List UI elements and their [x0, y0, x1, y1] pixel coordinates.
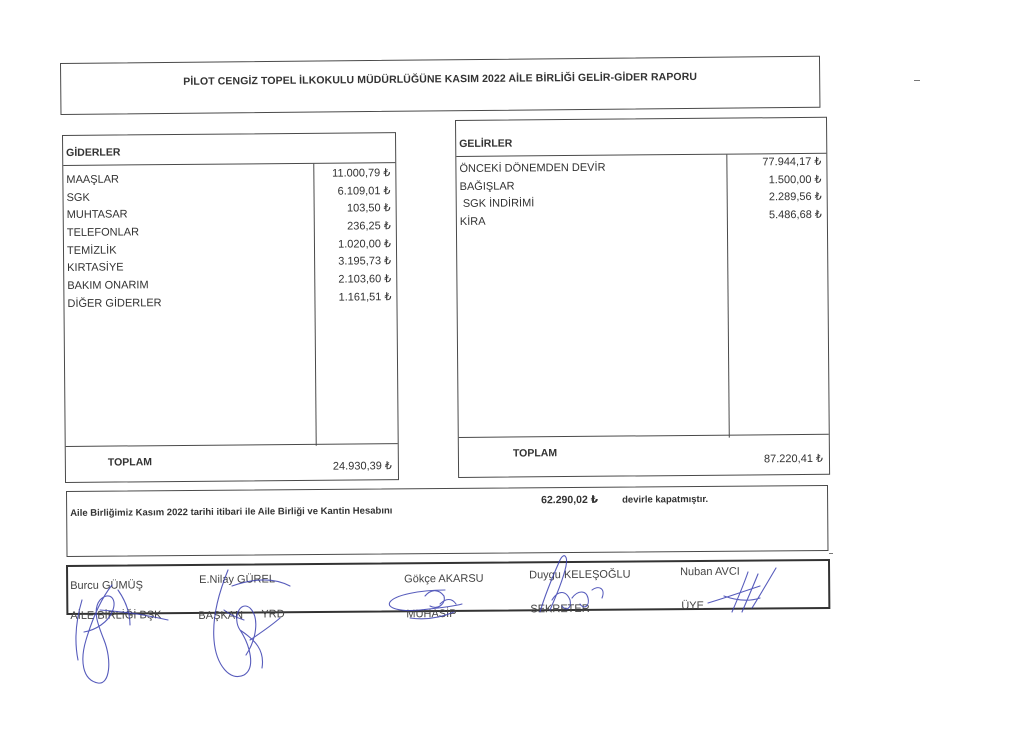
row-amount: 2.103,60 ₺	[338, 272, 391, 285]
row-label: MUHTASAR	[67, 209, 128, 222]
row-amount: 1.161,51 ₺	[338, 290, 391, 303]
scan-mark	[829, 553, 833, 554]
income-total-label: TOPLAM	[513, 447, 557, 459]
row-label: KIRTASİYE	[67, 262, 124, 274]
row-label: BAKIM ONARIM	[67, 279, 148, 292]
expenses-heading: GİDERLER	[66, 146, 120, 158]
signatory-name: Nuban AVCI	[680, 566, 740, 578]
row-label: ÖNCEKİ DÖNEMDEN DEVİR	[459, 162, 605, 175]
summary-tail: devirle kapatmıştır.	[622, 494, 708, 506]
row-amount: 11.000,79 ₺	[332, 166, 390, 180]
row-amount: 6.109,01 ₺	[338, 184, 391, 197]
report-title: PİLOT CENGİZ TOPEL İLKOKULU MÜDÜRLÜĞÜNE …	[61, 70, 819, 89]
income-total-row: TOPLAM 87.220,41 ₺	[459, 434, 829, 477]
expenses-header: GİDERLER	[63, 133, 395, 166]
summary-box: Aile Birliğimiz Kasım 2022 tarihi itibar…	[66, 485, 828, 557]
signatory-role: ÜYE	[681, 600, 704, 612]
signature-box: Burcu GÜMÜŞ AİLE BİRLİĞİ BŞK E.Nilay GÜR…	[66, 559, 830, 615]
signatory-role: MUHASİP	[406, 608, 456, 620]
report-title-box: PİLOT CENGİZ TOPEL İLKOKULU MÜDÜRLÜĞÜNE …	[60, 56, 820, 115]
income-heading: GELİRLER	[459, 138, 512, 150]
expenses-total-amount: 24.930,39 ₺	[333, 459, 392, 473]
signatory-name: Gökçe AKARSU	[404, 573, 484, 586]
signatory-role: SEKRETER	[530, 603, 589, 615]
income-rows: ÖNCEKİ DÖNEMDEN DEVİR77.944,17 ₺ BAĞIŞLA…	[456, 155, 827, 229]
row-label: DİĞER GİDERLER	[67, 297, 161, 310]
summary-text: Aile Birliğimiz Kasım 2022 tarihi itibar…	[70, 505, 392, 519]
row-amount: 1.500,00 ₺	[769, 172, 822, 185]
row-amount: 3.195,73 ₺	[338, 255, 391, 268]
row-label: TELEFONLAR	[67, 226, 139, 239]
row-label: SGK İNDİRİMİ	[460, 198, 535, 211]
row-amount: 1.020,00 ₺	[338, 237, 391, 250]
row-label: SGK	[66, 191, 89, 203]
expenses-total-label: TOPLAM	[108, 456, 152, 468]
scan-mark	[914, 80, 920, 81]
row-amount: 2.289,56 ₺	[769, 190, 822, 203]
row-label: TEMİZLİK	[67, 244, 117, 256]
expenses-total-row: TOPLAM 24.930,39 ₺	[66, 443, 398, 482]
row-label: BAĞIŞLAR	[460, 180, 515, 192]
row-amount: 103,50 ₺	[347, 202, 391, 215]
expenses-rows: MAAŞLAR11.000,79 ₺ SGK6.109,01 ₺ MUHTASA…	[63, 166, 396, 310]
income-total-amount: 87.220,41 ₺	[764, 452, 823, 466]
row-amount: 5.486,68 ₺	[769, 208, 822, 221]
income-header: GELİRLER	[456, 118, 826, 157]
signatory-name: E.Nilay GÜREL	[199, 573, 275, 586]
row-amount: 236,25 ₺	[347, 219, 391, 232]
table-row: DİĞER GİDERLER1.161,51 ₺	[64, 290, 396, 311]
signatory-role-suffix: YRD	[261, 608, 284, 620]
signatory-role: BAŞKAN	[198, 610, 243, 622]
row-amount: 77.944,17 ₺	[762, 155, 821, 169]
table-row: KİRA5.486,68 ₺	[457, 208, 827, 229]
signatory-name: Duygu KELEŞOĞLU	[529, 569, 631, 582]
expenses-table: GİDERLER MAAŞLAR11.000,79 ₺ SGK6.109,01 …	[62, 132, 399, 483]
row-label: KİRA	[460, 216, 486, 228]
row-label: MAAŞLAR	[66, 174, 119, 186]
income-table: GELİRLER ÖNCEKİ DÖNEMDEN DEVİR77.944,17 …	[455, 117, 830, 478]
signatory-name: Burcu GÜMÜŞ	[70, 579, 143, 592]
summary-amount: 62.290,02 ₺	[541, 494, 598, 506]
signatory-role: AİLE BİRLİĞİ BŞK	[70, 609, 161, 622]
